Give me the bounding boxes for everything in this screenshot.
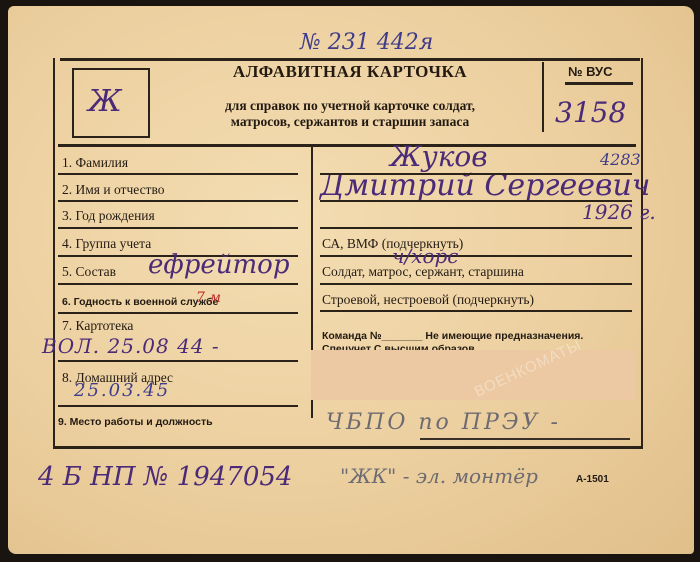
- value-home-address: 25.03.45: [74, 380, 170, 401]
- value-birth-year: 1926 г.: [582, 200, 656, 224]
- field-label-name: 2. Имя и отчество: [62, 182, 165, 198]
- field-label-fitness: 6. Годность к военной службе: [62, 296, 218, 308]
- row-line: [320, 200, 632, 202]
- row-line: [420, 438, 630, 440]
- row-line: [320, 255, 632, 257]
- row-line: [58, 200, 298, 202]
- row-line: [58, 227, 298, 229]
- field-label-workplace: 9. Место работы и должность: [58, 416, 213, 428]
- rank-options-label: Солдат, матрос, сержант, старшина: [322, 264, 524, 280]
- value-composition: ефрейтор: [148, 250, 289, 280]
- field-label-surname: 1. Фамилия: [62, 155, 128, 171]
- row-line: [320, 173, 632, 175]
- row-line: [320, 227, 632, 229]
- field-label-birth-year: 3. Год рождения: [62, 208, 155, 224]
- vus-underline: [565, 82, 633, 85]
- field-label-card-index: 7. Картотека: [62, 318, 133, 334]
- value-card-index: ВОЛ. 25.08 44 -: [42, 334, 220, 358]
- row-line: [58, 360, 298, 362]
- field-label-composition: 5. Состав: [62, 264, 116, 280]
- vus-divider: [542, 62, 544, 132]
- row-line: [58, 405, 298, 407]
- footer-right-note: "ЖК" - эл. монтёр: [340, 464, 538, 488]
- command-number-label: Команда №_______ Не имеющие предназначен…: [322, 330, 583, 342]
- workplace-note: ЧБПО по ПРЭУ -: [326, 410, 561, 435]
- duty-type-label: Строевой, нестроевой (подчеркнуть): [322, 292, 534, 308]
- card-subtitle: для справок по учетной карточке солдат, …: [170, 98, 530, 130]
- field-label-group: 4. Группа учета: [62, 236, 151, 252]
- top-registration-number: № 231 442я: [300, 30, 433, 55]
- row-line: [58, 283, 298, 285]
- annotation-4283: 4283: [600, 150, 641, 169]
- card-title: АЛФАВИТНАЯ КАРТОЧКА: [170, 62, 530, 82]
- surname-letter: Ж: [88, 84, 122, 119]
- subtitle-line-1: для справок по учетной карточке солдат,: [170, 98, 530, 114]
- footer-left-note: 4 Б НП № 1947054: [38, 462, 292, 492]
- value-fitness: 7 м: [196, 290, 221, 306]
- header-divider: [58, 144, 636, 147]
- vus-label: № ВУС: [568, 64, 612, 79]
- row-line: [320, 283, 632, 285]
- row-line: [58, 312, 298, 314]
- subtitle-line-2: матросов, сержантов и старшин запаса: [170, 114, 530, 130]
- vus-value: 3158: [555, 96, 626, 129]
- row-line: [58, 173, 298, 175]
- form-code: А-1501: [576, 474, 609, 485]
- redacted-area: [311, 350, 635, 400]
- row-line: [320, 310, 632, 312]
